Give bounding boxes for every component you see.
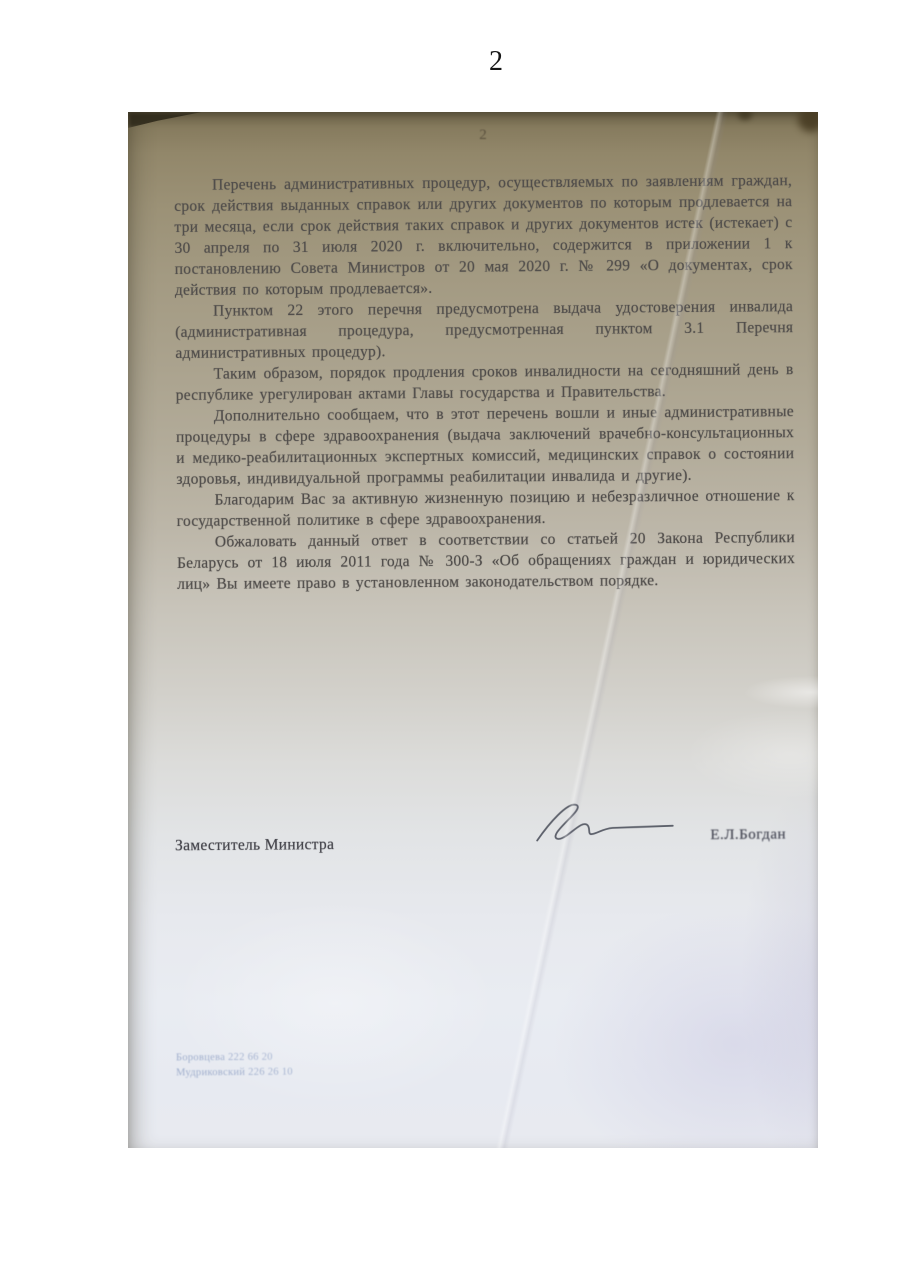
paragraph: Дополнительно сообщаем, что в этот переч… bbox=[176, 401, 795, 490]
executor-line: Боровцева 222 66 20 bbox=[176, 1050, 293, 1066]
signer-name: Е.Л.Богдан bbox=[710, 827, 786, 845]
paragraph: Благодарим Вас за активную жизненную поз… bbox=[176, 485, 794, 532]
executor-contacts: Боровцева 222 66 20 Мудриковский 226 26 … bbox=[176, 1050, 293, 1081]
signer-title: Заместитель Министра bbox=[175, 836, 334, 855]
paragraph: Обжаловать данный ответ в соответствии с… bbox=[177, 527, 795, 595]
photo-corner-shadow bbox=[798, 112, 818, 132]
paragraph: Перечень административных процедур, осущ… bbox=[174, 170, 793, 301]
photo-corner-shadow bbox=[128, 112, 202, 128]
scan-page-number: 2 bbox=[174, 127, 792, 144]
paragraph: Пунктом 22 этого перечня предусмотрена в… bbox=[175, 296, 793, 364]
document-page: 2 2 Перечень административных процедур, … bbox=[0, 0, 905, 1280]
page-number: 2 bbox=[426, 46, 566, 78]
paragraph: Таким образом, порядок продления сроков … bbox=[175, 359, 793, 406]
signature-block: Заместитель Министра Е.Л.Богдан bbox=[128, 799, 818, 874]
executor-line: Мудриковский 226 26 10 bbox=[176, 1065, 293, 1081]
signature-icon bbox=[532, 792, 678, 851]
scanned-letter-photo: 2 Перечень административных процедур, ос… bbox=[128, 112, 818, 1148]
letter-body: Перечень административных процедур, осущ… bbox=[174, 170, 795, 595]
photo-edge-spot bbox=[738, 112, 752, 120]
